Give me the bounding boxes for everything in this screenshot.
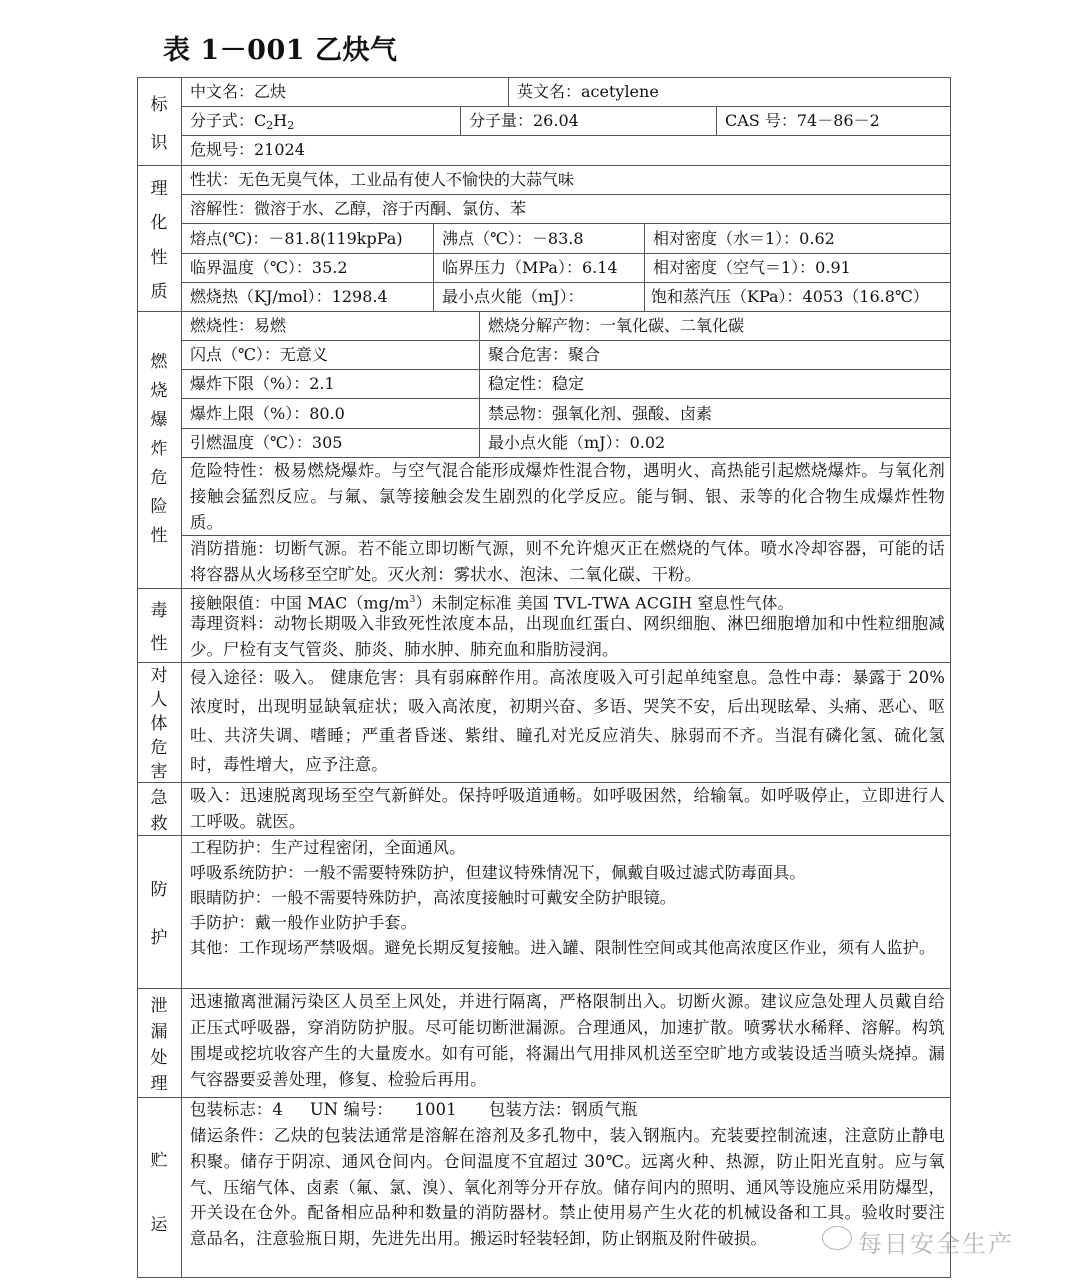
other-protection: 其他：工作现场严禁吸烟。避免长期反复接触。进入罐、限制性空间或其他高浓度区作业，… xyxy=(190,935,945,960)
polymerization-hazard: 聚合危害：聚合 xyxy=(479,340,951,369)
section-label-identification: 标 识 xyxy=(137,77,181,165)
hand-protection: 手防护：戴一般作业防护手套。 xyxy=(190,910,945,935)
relative-density-air: 相对密度（空气＝1）：0.91 xyxy=(644,253,951,282)
flammability: 燃烧性：易燃 xyxy=(181,311,479,340)
relative-density-water: 相对密度（水＝1）：0.62 xyxy=(644,224,951,253)
page-title: 表 1－001 乙炔气 xyxy=(163,28,397,67)
section-label-health-hazard: 对 人 体 危 害 xyxy=(137,662,181,782)
wechat-icon xyxy=(822,1226,852,1250)
molecular-weight: 分子量：26.04 xyxy=(460,106,716,135)
solubility: 溶解性：微溶于水、乙醇，溶于丙酮、氯仿、苯 xyxy=(181,194,951,223)
appearance: 性状：无色无臭气体，工业品有使人不愉快的大蒜气味 xyxy=(181,165,951,194)
section-label-first-aid: 急 救 xyxy=(137,782,181,835)
hazard-characteristics: 危险特性：极易燃烧爆炸。与空气混合能形成爆炸性混合物，遇明火、高热能引起燃烧爆炸… xyxy=(181,458,951,536)
section-label-protection: 防 护 xyxy=(137,835,181,988)
first-aid-text: 吸入：迅速脱离现场至空气新鲜处。保持呼吸道通畅。如呼吸困然，给输氧。如呼吸停止，… xyxy=(181,783,951,835)
eye-protection: 眼睛防护：一般不需要特殊防护，高浓度接触时可戴安全防护眼镜。 xyxy=(190,885,945,910)
stability: 稳定性：稳定 xyxy=(479,369,951,398)
autoignition-temperature: 引燃温度（℃）：305 xyxy=(181,428,479,457)
packaging-info: 包装标志：4 UN 编号： 1001 包装方法：钢质气瓶 xyxy=(181,1097,951,1123)
toxicology-data: 毒理资料：动物长期吸入非致死性浓度本品，出现血红蛋白、网织细胞、淋巴细胞增加和中… xyxy=(181,611,951,663)
section-label-leak-disposal: 泄 漏 处 理 xyxy=(137,988,181,1097)
engineering-protection: 工程防护：生产过程密闭，全面通风。 xyxy=(190,835,945,860)
protection-text: 工程防护：生产过程密闭，全面通风。 呼吸系统防护：一般不需要特殊防护，但建议特殊… xyxy=(181,835,951,960)
respiratory-protection: 呼吸系统防护：一般不需要特殊防护，但建议特殊情况下，佩戴自吸过滤式防毒面具。 xyxy=(190,860,945,885)
section-label-physical-chemical: 理 化 性 质 xyxy=(137,165,181,311)
min-ignition-energy-fire: 最小点火能（mJ）：0.02 xyxy=(479,428,951,457)
incompatible-materials: 禁忌物：强氧化剂、强酸、卤素 xyxy=(479,399,951,428)
boiling-point: 沸点（℃）：－83.8 xyxy=(433,224,644,253)
leak-disposal-text: 迅速撤离泄漏污染区人员至上风处，并进行隔离，严格限制出入。切断火源。建议应急处理… xyxy=(181,989,951,1093)
vapor-pressure: 饱和蒸汽压（KPa）：4053（16.8℃） xyxy=(644,282,951,311)
cas-number: CAS 号：74－86－2 xyxy=(716,106,951,135)
critical-pressure: 临界压力（MPa）：6.14 xyxy=(433,253,644,282)
section-label-storage-transport: 贮 运 xyxy=(137,1097,181,1278)
melting-point: 熔点(℃)：－81.8(119kpPa) xyxy=(181,224,433,253)
upper-explosive-limit: 爆炸上限（%）：80.0 xyxy=(181,399,479,428)
watermark: 每日安全生产 xyxy=(858,1224,1014,1259)
min-ignition-energy: 最小点火能（mJ）： xyxy=(433,282,644,311)
lower-explosive-limit: 爆炸下限（%）：2.1 xyxy=(181,369,479,398)
flash-point: 闪点（℃）：无意义 xyxy=(181,340,479,369)
health-hazard-text: 侵入途径：吸入。 健康危害：具有弱麻醉作用。高浓度吸入可引起单纯窒息。急性中毒：… xyxy=(181,663,951,779)
critical-temperature: 临界温度（℃）：35.2 xyxy=(181,253,433,282)
hazard-code: 危规号：21024 xyxy=(181,135,951,164)
english-name: 英文名：acetylene xyxy=(508,77,951,106)
chinese-name: 中文名：乙炔 xyxy=(181,77,508,106)
section-label-toxicity: 毒 性 xyxy=(137,588,181,662)
section-label-fire-explosion: 燃 烧 爆 炸 危 险 性 xyxy=(137,311,181,588)
heat-of-combustion: 燃烧热（KJ/mol）：1298.4 xyxy=(181,282,433,311)
decomposition-products: 燃烧分解产物：一氧化碳、二氧化碳 xyxy=(479,311,951,340)
firefighting-measures: 消防措施：切断气源。若不能立即切断气源，则不允许熄灭正在燃烧的气体。喷水冷却容器… xyxy=(181,536,951,588)
